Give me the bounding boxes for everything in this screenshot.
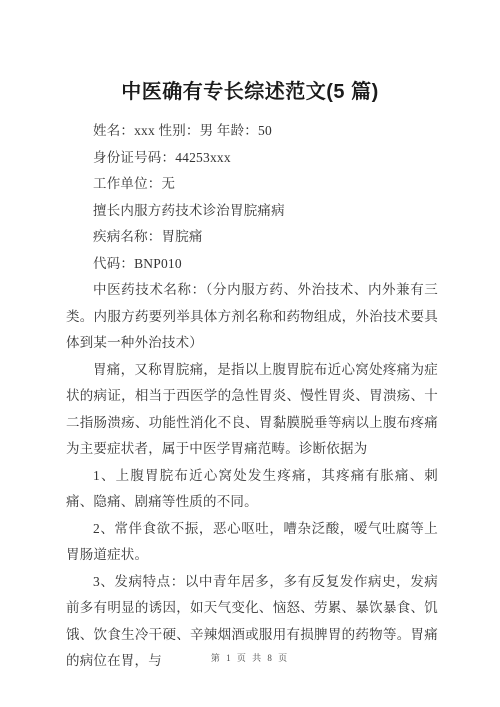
info-line: 擅长内服方药技术诊治胃脘痛病 xyxy=(66,198,438,225)
info-line: 姓名：xxx 性别：男 年龄：50 xyxy=(66,118,438,145)
page-footer: 第 1 页 共 8 页 xyxy=(0,651,500,664)
body-paragraph: 1、上腹胃脘布近心窝处发生疼痛，其疼痛有胀痛、刺痛、隐痛、剧痛等性质的不同。 xyxy=(66,463,438,516)
document-page: 中医确有专长综述范文(5 篇) 姓名：xxx 性别：男 年龄：50 身份证号码：… xyxy=(0,0,500,707)
document-body: 姓名：xxx 性别：男 年龄：50 身份证号码：44253xxx 工作单位：无 … xyxy=(66,118,438,675)
info-line: 工作单位：无 xyxy=(66,171,438,198)
body-paragraph: 2、常伴食欲不振，恶心呕吐，嘈杂泛酸，嗳气吐腐等上胃肠道症状。 xyxy=(66,516,438,569)
body-paragraph: 中医药技术名称：（分内服方药、外治技术、内外兼有三类。内服方药要列举具体方剂名称… xyxy=(66,277,438,357)
paragraph-section: 中医药技术名称：（分内服方药、外治技术、内外兼有三类。内服方药要列举具体方剂名称… xyxy=(66,277,438,675)
info-line: 代码：BNP010 xyxy=(66,251,438,278)
info-section: 姓名：xxx 性别：男 年龄：50 身份证号码：44253xxx 工作单位：无 … xyxy=(66,118,438,277)
document-title: 中医确有专长综述范文(5 篇) xyxy=(0,0,500,104)
page-number-label: 第 1 页 共 8 页 xyxy=(211,653,289,663)
info-line: 身份证号码：44253xxx xyxy=(66,145,438,172)
info-line: 疾病名称：胃脘痛 xyxy=(66,224,438,251)
body-paragraph: 胃痛，又称胃脘痛，是指以上腹胃脘布近心窝处疼痛为症状的病证，相当于西医学的急性胃… xyxy=(66,357,438,463)
